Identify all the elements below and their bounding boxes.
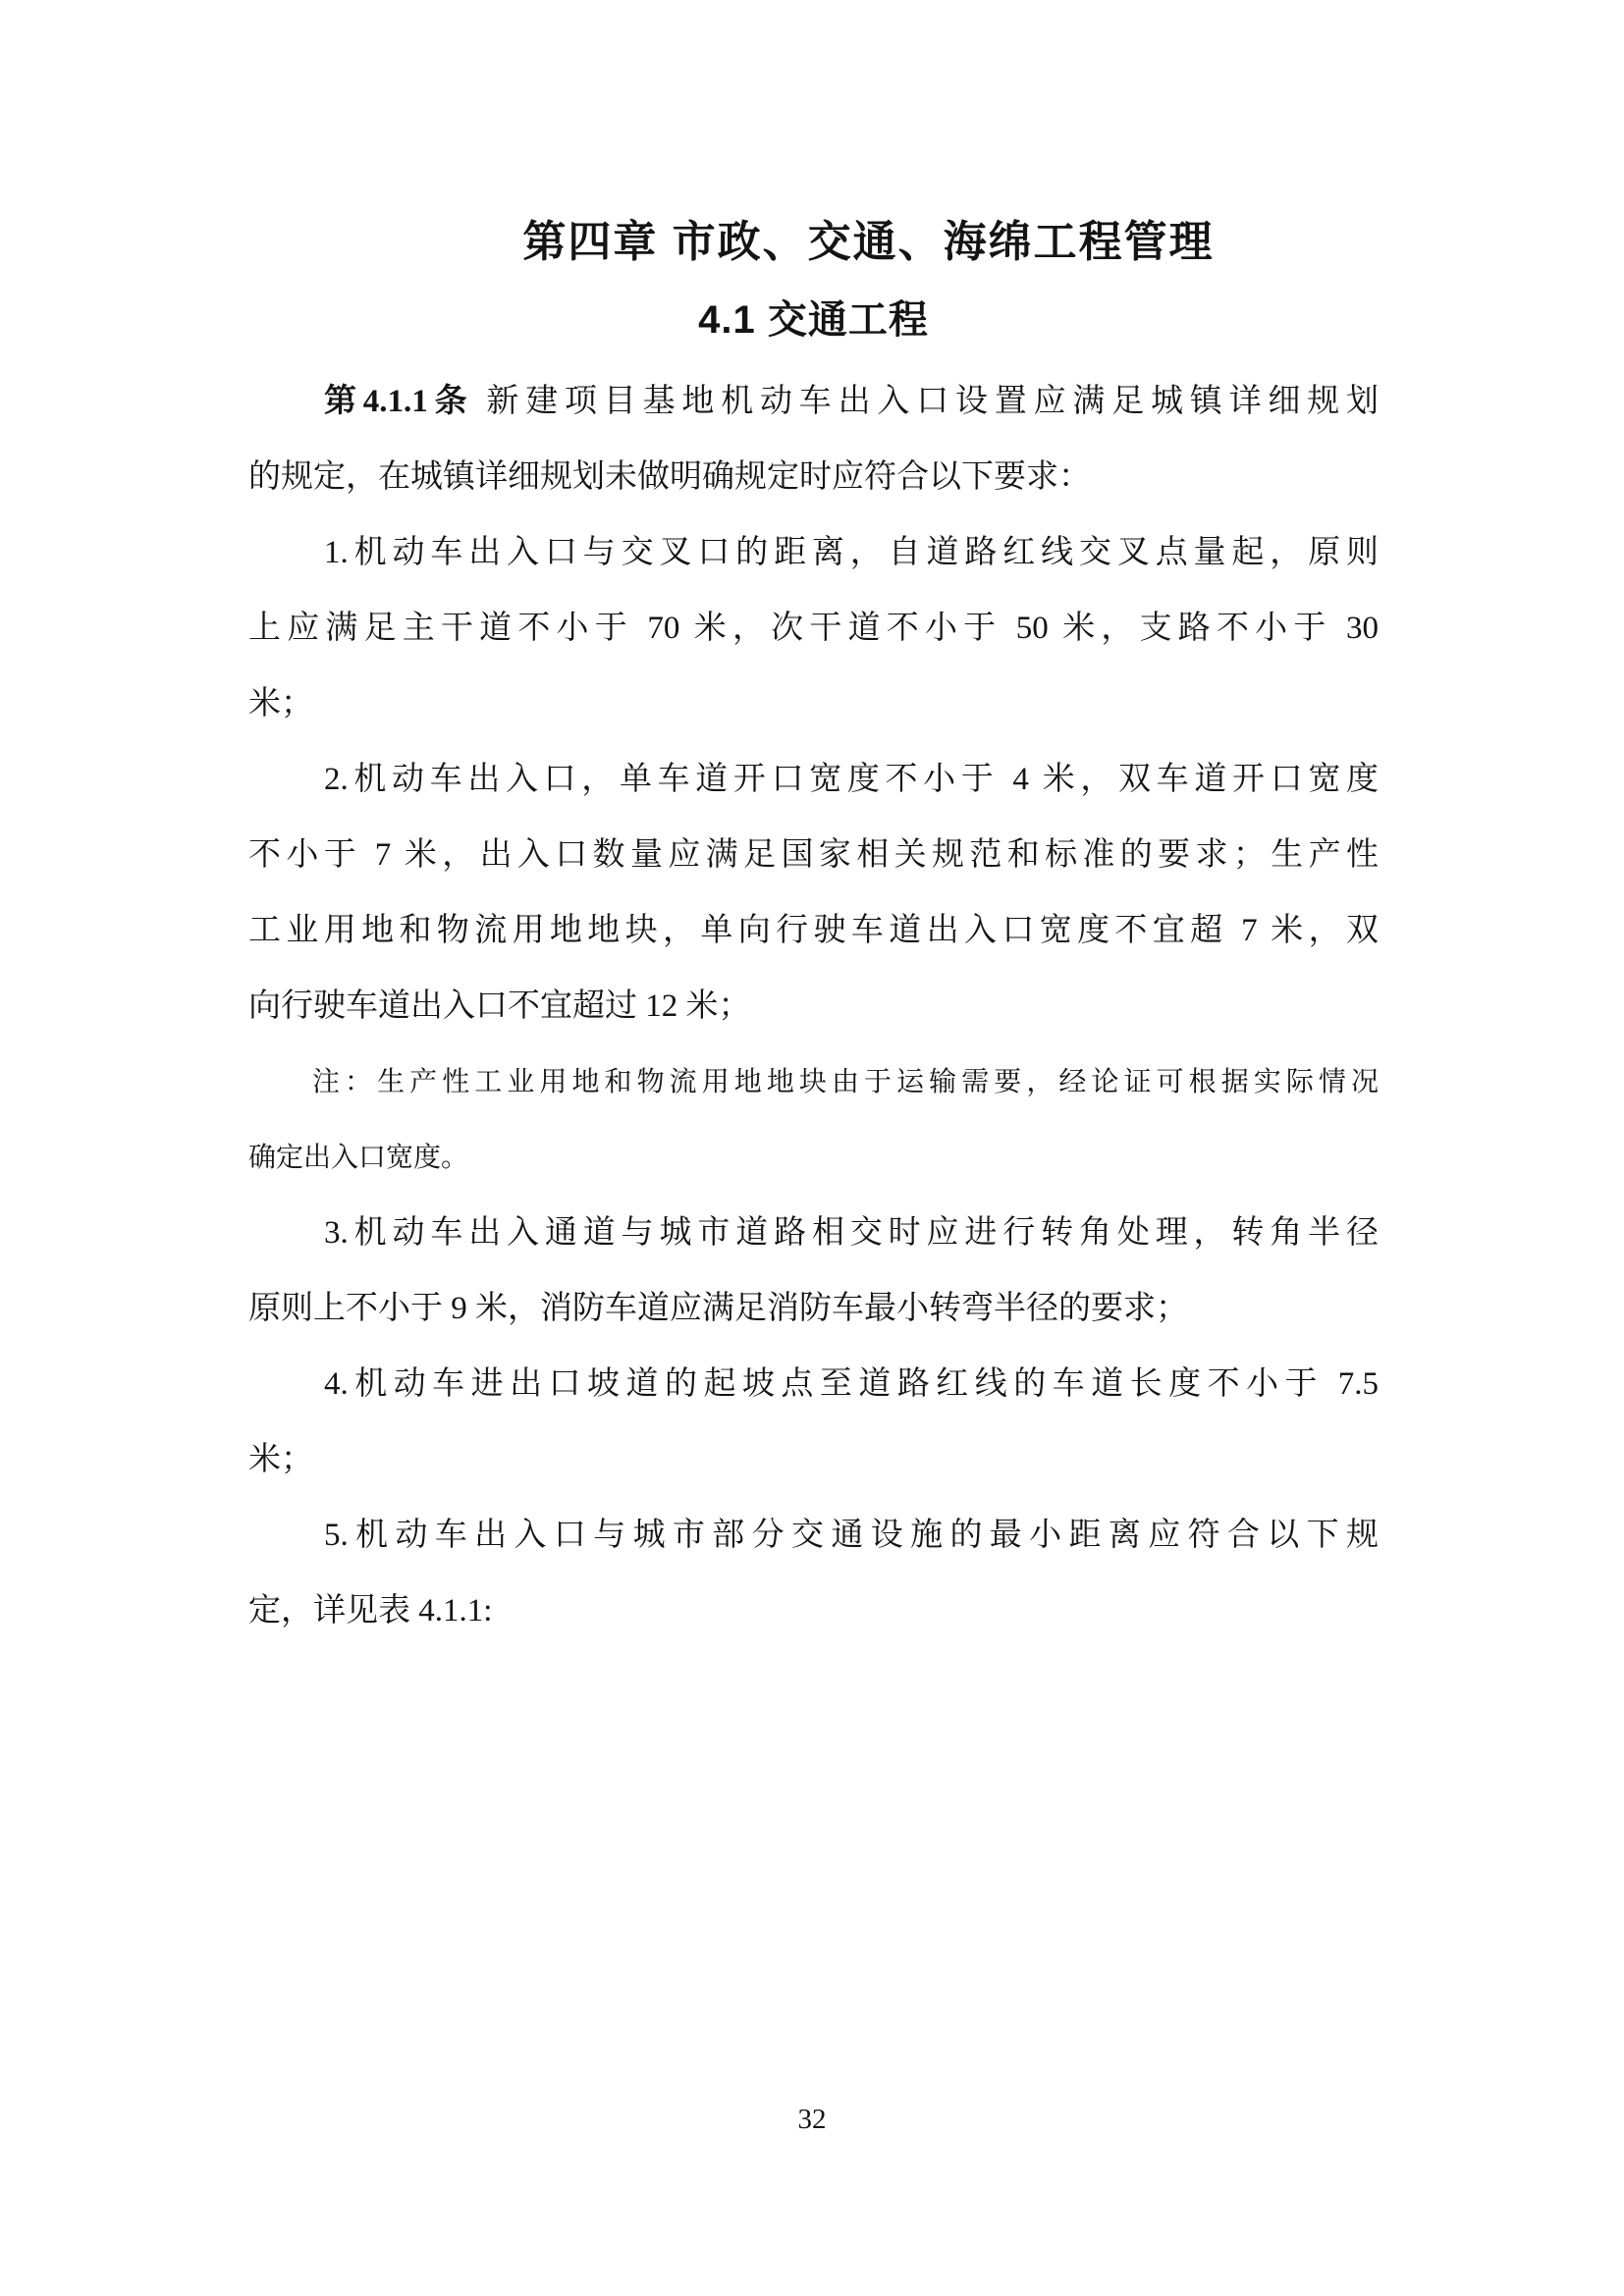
- clause-3-line-1: 3.机动车出入通道与城市道路相交时应进行转角处理，转角半径: [248, 1196, 1379, 1271]
- article-opening-text: 新建项目基地机动车出入口设置应满足城镇详细规划: [486, 384, 1379, 419]
- clause-3-line-2: 原则上不小于 9 米，消防车道应满足消防车最小转弯半径的要求；: [248, 1271, 1379, 1347]
- document-body: 第4.1.1条新建项目基地机动车出入口设置应满足城镇详细规划 的规定，在城镇详细…: [248, 364, 1379, 1649]
- clause-2-line-4: 向行驶车道出入口不宜超过 12 米；: [248, 969, 1379, 1044]
- clause-4-line-1: 4.机动车进出口坡道的起坡点至道路红线的车道长度不小于 7.5: [248, 1347, 1379, 1422]
- article-4-1-1-line-1: 第4.1.1条新建项目基地机动车出入口设置应满足城镇详细规划: [248, 364, 1379, 440]
- chapter-title: 第四章 市政、交通、海绵工程管理: [248, 218, 1379, 267]
- article-number-label: 第4.1.1条: [324, 384, 473, 419]
- clause-2-line-2: 不小于 7 米，出入口数量应满足国家相关规范和标准的要求；生产性: [248, 818, 1379, 893]
- clause-2-line-1: 2.机动车出入口，单车道开口宽度不小于 4 米，双车道开口宽度: [248, 742, 1379, 818]
- clause-1-line-2: 上应满足主干道不小于 70 米，次干道不小于 50 米，支路不小于 30: [248, 591, 1379, 667]
- note-line-2: 确定出入口宽度。: [248, 1120, 1379, 1196]
- article-4-1-1-line-2: 的规定，在城镇详细规划未做明确规定时应符合以下要求：: [248, 440, 1379, 515]
- clause-4-line-2: 米；: [248, 1422, 1379, 1498]
- page-number: 32: [0, 2103, 1624, 2136]
- clause-1-line-1: 1.机动车出入口与交叉口的距离，自道路红线交叉点量起，原则: [248, 515, 1379, 591]
- document-page: 第四章 市政、交通、海绵工程管理 4.1 交通工程 第4.1.1条新建项目基地机…: [0, 0, 1624, 2296]
- note-line-1: 注：生产性工业用地和物流用地地块由于运输需要，经论证可根据实际情况: [248, 1044, 1379, 1120]
- clause-5-line-1: 5.机动车出入口与城市部分交通设施的最小距离应符合以下规: [248, 1498, 1379, 1574]
- section-title: 4.1 交通工程: [248, 299, 1379, 341]
- clause-5-line-2: 定，详见表 4.1.1:: [248, 1574, 1379, 1649]
- clause-1-line-3: 米；: [248, 667, 1379, 742]
- clause-2-line-3: 工业用地和物流用地地块，单向行驶车道出入口宽度不宜超 7 米，双: [248, 893, 1379, 969]
